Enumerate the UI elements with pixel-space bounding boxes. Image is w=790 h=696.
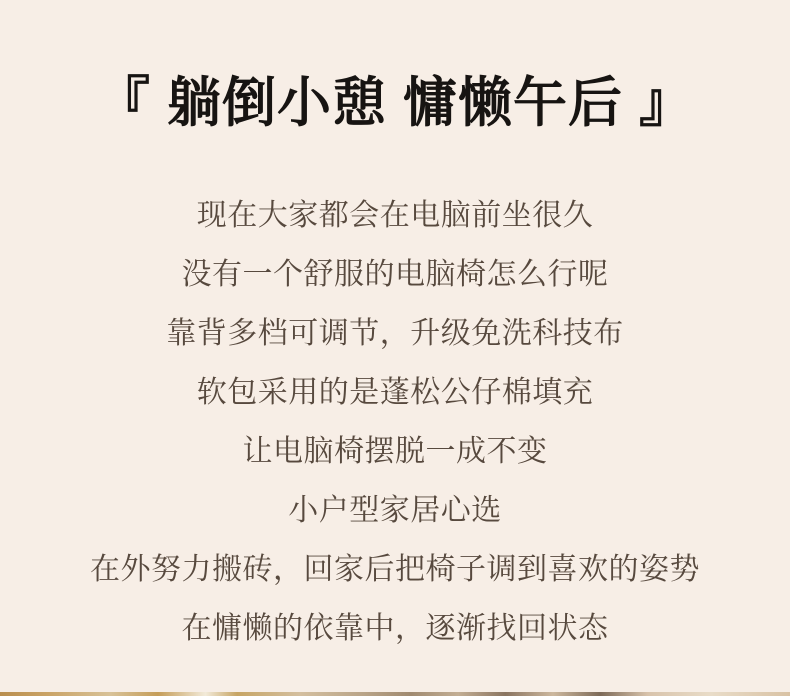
product-detail-text-section: 『 躺倒小憩 慵懒午后 』 现在大家都会在电脑前坐很久 没有一个舒服的电脑椅怎么… xyxy=(0,0,790,696)
body-line: 让电脑椅摆脱一成不变 xyxy=(0,422,790,481)
body-line: 在慵懒的依靠中，逐渐找回状态 xyxy=(0,599,790,658)
body-line: 小户型家居心选 xyxy=(0,481,790,540)
body-line: 在外努力搬砖，回家后把椅子调到喜欢的姿势 xyxy=(0,540,790,599)
body-line: 现在大家都会在电脑前坐很久 xyxy=(0,186,790,245)
body-line: 软包采用的是蓬松公仔棉填充 xyxy=(0,363,790,422)
body-text-block: 现在大家都会在电脑前坐很久 没有一个舒服的电脑椅怎么行呢 靠背多档可调节，升级免… xyxy=(0,186,790,658)
body-line: 没有一个舒服的电脑椅怎么行呢 xyxy=(0,245,790,304)
next-section-image-edge xyxy=(0,692,790,696)
body-line: 靠背多档可调节，升级免洗科技布 xyxy=(0,304,790,363)
page-title: 『 躺倒小憩 慵懒午后 』 xyxy=(0,70,790,136)
